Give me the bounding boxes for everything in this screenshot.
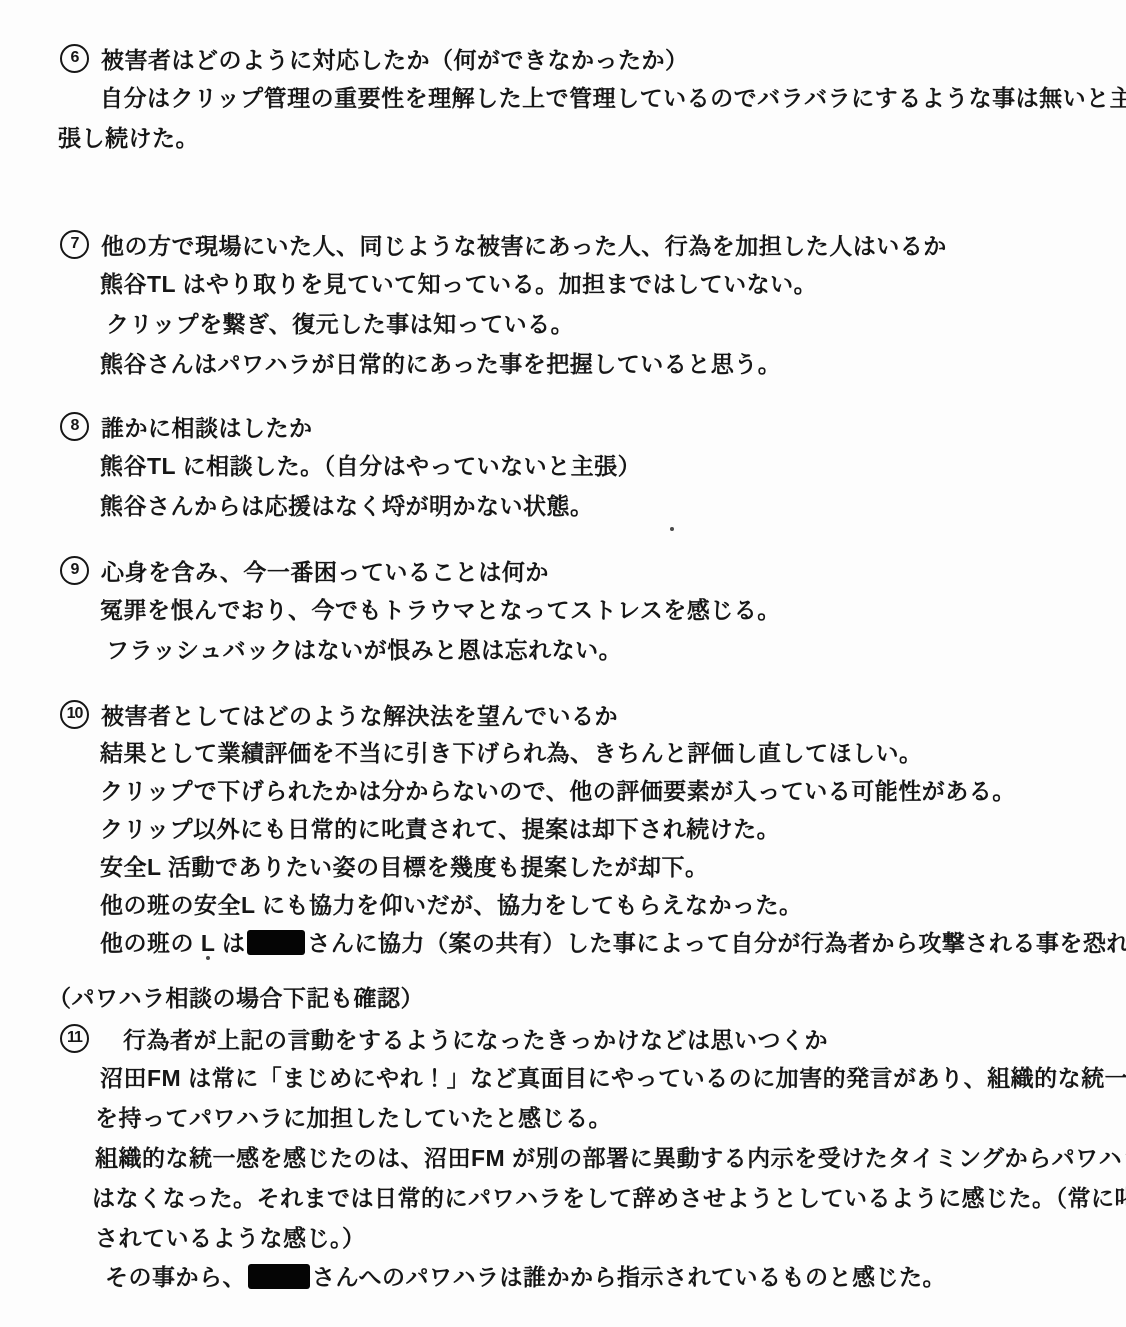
redaction-box bbox=[248, 1264, 310, 1289]
section-6-question-line: 6 被害者はどのように対応したか（何ができなかったか） bbox=[60, 38, 1126, 78]
section-9-question-line: 9 心身を含み、今一番困っていることは何か bbox=[60, 550, 1126, 590]
answer-text-after-redaction: さんへのパワハラは誰かから指示されているものと感じた。 bbox=[312, 1264, 946, 1290]
circled-number-10: 10 bbox=[60, 700, 89, 729]
circled-number-11: 11 bbox=[60, 1024, 89, 1053]
answer-text-before-redaction: 他の班の L は bbox=[100, 930, 245, 956]
answer-line: 他の班の安全L にも協力を仰いだが、協力をしてもらえなかった。 bbox=[100, 886, 1126, 924]
answer-line-redacted: 他の班の L はさんに協力（案の共有）した事によって自分が行為者から攻撃される事… bbox=[100, 924, 1126, 962]
answer-line: 冤罪を恨んでおり、今でもトラウマとなってストレスを感じる。 bbox=[100, 590, 1126, 630]
answer-line: 組織的な統一感を感じたのは、沼田FM が別の部署に異動する内示を受けたタイミング… bbox=[95, 1138, 1126, 1178]
circled-number-7: 7 bbox=[60, 230, 89, 259]
answer-line: 熊谷さんからは応援はなく埒が明かない状態。 bbox=[100, 486, 1126, 526]
section-9-question: 心身を含み、今一番困っていることは何か bbox=[101, 554, 549, 587]
section-10: 10 被害者としてはどのような解決法を望んでいるか 結果として業績評価を不当に引… bbox=[0, 694, 1126, 962]
answer-line-redacted: その事から、さんへのパワハラは誰かから指示されているものと感じた。 bbox=[105, 1258, 1126, 1296]
answer-line: を持ってパワハラに加担したしていたと感じる。 bbox=[95, 1098, 1126, 1138]
section-6-question: 被害者はどのように対応したか（何ができなかったか） bbox=[101, 42, 689, 75]
answer-line: 張し続けた。 bbox=[58, 118, 1126, 158]
section-8: 8 誰かに相談はしたか 熊谷TL に相談した。（自分はやっていないと主張） 熊谷… bbox=[0, 406, 1126, 526]
answer-line: クリップを繋ぎ、復元した事は知っている。 bbox=[106, 304, 1126, 344]
section-11-question-line: 11 行為者が上記の言動をするようになったきっかけなどは思いつくか bbox=[60, 1018, 1126, 1058]
circled-number-6: 6 bbox=[60, 44, 89, 73]
circled-number-8: 8 bbox=[60, 412, 89, 441]
section-6: 6 被害者はどのように対応したか（何ができなかったか） 自分はクリップ管理の重要… bbox=[0, 38, 1126, 158]
answer-line: 安全L 活動でありたい姿の目標を幾度も提案したが却下。 bbox=[100, 848, 1126, 886]
section-7-question-line: 7 他の方で現場にいた人、同じような被害にあった人、行為を加担した人はいるか bbox=[60, 224, 1126, 264]
section-10-question: 被害者としてはどのような解決法を望んでいるか bbox=[101, 698, 618, 731]
section-7: 7 他の方で現場にいた人、同じような被害にあった人、行為を加担した人はいるか 熊… bbox=[0, 224, 1126, 384]
section-9: 9 心身を含み、今一番困っていることは何か 冤罪を恨んでおり、今でもトラウマとな… bbox=[0, 550, 1126, 670]
section-8-question-line: 8 誰かに相談はしたか bbox=[60, 406, 1126, 446]
circled-number-9: 9 bbox=[60, 556, 89, 585]
answer-line: 熊谷TL に相談した。（自分はやっていないと主張） bbox=[100, 446, 1126, 486]
answer-text-before-redaction: その事から、 bbox=[105, 1264, 246, 1290]
scan-speck bbox=[670, 527, 674, 531]
note-line: （パワハラ相談の場合下記も確認） bbox=[48, 978, 424, 1018]
answer-line: 結果として業績評価を不当に引き下げられ為、きちんと評価し直してほしい。 bbox=[100, 734, 1126, 772]
answer-line: 自分はクリップ管理の重要性を理解した上で管理しているのでバラバラにするような事は… bbox=[100, 78, 1126, 118]
scanned-document-page: { "note": "（パワハラ相談の場合下記も確認）", "sections"… bbox=[0, 0, 1126, 1327]
answer-line: フラッシュバックはないが恨みと恩は忘れない。 bbox=[106, 630, 1126, 670]
answer-line: されているような感じ。） bbox=[95, 1218, 1126, 1258]
section-7-question: 他の方で現場にいた人、同じような被害にあった人、行為を加担した人はいるか bbox=[101, 228, 947, 261]
answer-line: 熊谷さんはパワハラが日常的にあった事を把握していると思う。 bbox=[100, 344, 1126, 384]
section-11-question: 行為者が上記の言動をするようになったきっかけなどは思いつくか bbox=[101, 1022, 828, 1055]
answer-line: 熊谷TL はやり取りを見ていて知っている。加担まではしていない。 bbox=[100, 264, 1126, 304]
answer-text-after-redaction: さんに協力（案の共有）した事によって自分が行為者から攻撃される事を恐れた。 bbox=[307, 930, 1126, 956]
section-10-question-line: 10 被害者としてはどのような解決法を望んでいるか bbox=[60, 694, 1126, 734]
answer-line: 沼田FM は常に「まじめにやれ！」など真面目にやっているのに加害的発言があり、組… bbox=[100, 1058, 1126, 1098]
answer-line: クリップ以外にも日常的に叱責されて、提案は却下され続けた。 bbox=[100, 810, 1126, 848]
section-8-question: 誰かに相談はしたか bbox=[101, 410, 313, 443]
redaction-box bbox=[247, 930, 305, 955]
section-11: 11 行為者が上記の言動をするようになったきっかけなどは思いつくか 沼田FM は… bbox=[0, 1018, 1126, 1296]
answer-line: はなくなった。それまでは日常的にパワハラをして辞めさせようとしているように感じた… bbox=[92, 1178, 1126, 1218]
answer-line: クリップで下げられたかは分からないので、他の評価要素が入っている可能性がある。 bbox=[100, 772, 1126, 810]
scan-speck bbox=[206, 956, 210, 960]
